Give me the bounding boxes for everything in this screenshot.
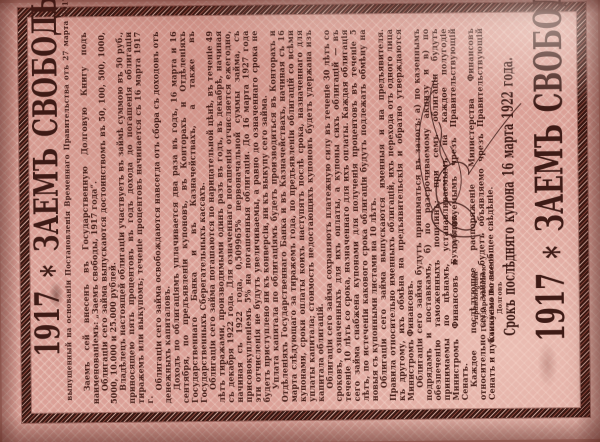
bond-paper: 1917 ∗ ЗАЕМЪ СВОБОДЫ ∗ 1917 выпущенный н… xyxy=(0,0,600,442)
paragraph: Облигаціи сего займа сохраняютъ платежну… xyxy=(322,29,380,402)
bond-photo: 1917 ∗ ЗАЕМЪ СВОБОДЫ ∗ 1917 выпущенный н… xyxy=(0,0,600,442)
paragraph: Владѣлецъ настоящей облигаціи участвуетъ… xyxy=(115,32,155,404)
title-bottom-text: 1917 ∗ ЗАЕМЪ СВОБОДЫ ∗ 1917 xyxy=(526,81,574,341)
paragraph: Облигаціи сего займа погашаются по нариц… xyxy=(205,30,272,403)
title-bottom: 1917 ∗ ЗАЕМЪ СВОБОДЫ ∗ 1917 xyxy=(525,11,574,411)
paragraph: Уплата капитала по облигаціямъ будетъ пр… xyxy=(268,30,326,403)
manager-title-line1: Управляющій Государственною xyxy=(471,238,488,358)
maturity-text: Срокъ послѣдняго купона 16 марта 1922 го… xyxy=(498,88,520,336)
accountant-title: Бухгалтеръ xyxy=(449,214,459,265)
paragraph: Доходъ по облигаціямъ уплачивается два р… xyxy=(169,31,209,403)
